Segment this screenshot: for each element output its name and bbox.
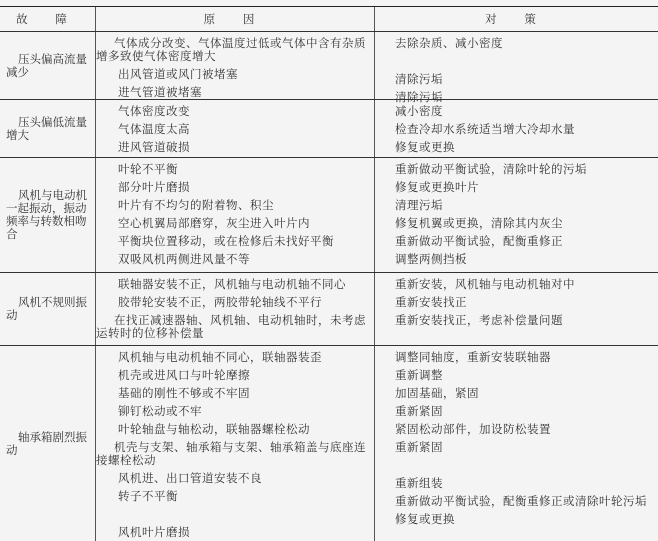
remedy-item: 修复机翼或更换，清除其内灰尘 (375, 214, 658, 232)
remedy-item: 重新紧固 (375, 438, 658, 474)
fault-label: 风机不规则振动 (0, 273, 96, 345)
cause-item: 叶轮轴盘与轴松动，联轴器螺栓松动 (96, 420, 374, 438)
cause-item: 在找正减速器轴、风机轴、电动机轴时，未考虑运转时的位移补偿量 (96, 311, 374, 342)
remedy-list: 去除杂质、减小密度 清除污垢 清除污垢 (375, 32, 658, 99)
remedy-item: 去除杂质、减小密度 (375, 34, 658, 70)
cause-item: 叶片有不均匀的附着物、积尘 (96, 196, 374, 214)
cause-list: 气体成分改变、气体温度过低或气体中含有杂质增多致使气体密度增大 出风管道或风门被… (96, 32, 375, 99)
remedy-item: 重新做动平衡试验，配衡重修正 (375, 232, 658, 250)
remedy-item: 检查冷却水系统适当增大冷却水量 (375, 120, 658, 138)
remedy-item: 清除污垢 (375, 70, 658, 88)
cause-item: 胶带轮安装不正，两胶带轮轴线不平行 (96, 293, 374, 311)
fault-label: 轴承箱剧烈振动 (0, 346, 96, 541)
cause-item: 风机轴与电动机轴不同心，联轴器装歪 (96, 348, 374, 366)
fault-group: 压头偏低流量增大 气体密度改变 气体温度太高 进风管道破损 减小密度 检查冷却水… (0, 100, 658, 158)
cause-item: 联轴器安装不正，风机轴与电动机轴不同心 (96, 275, 374, 293)
header-fault: 故 障 (0, 7, 96, 31)
remedy-list: 减小密度 检查冷却水系统适当增大冷却水量 修复或更换 (375, 100, 658, 157)
cause-item: 双吸风机两侧进风量不等 (96, 250, 374, 268)
fault-label: 压头偏低流量增大 (0, 100, 96, 157)
remedy-item: 加固基础，紧固 (375, 384, 658, 402)
fault-label: 风机与电动机一起振动，振动频率与转数相吻合 (0, 158, 96, 272)
remedy-list: 重新做动平衡试验，清除叶轮的污垢 修复或更换叶片 清理污垢 修复机翼或更换，清除… (375, 158, 658, 272)
remedy-item: 重新安装找正 (375, 293, 658, 311)
fault-label: 压头偏高流量减少 (0, 32, 96, 99)
remedy-item: 重新安装，风机轴与电动机轴对中 (375, 275, 658, 293)
cause-item: 平衡块位置移动，或在检修后未找好平衡 (96, 232, 374, 250)
remedy-item: 重新做动平衡试验，清除叶轮的污垢 (375, 160, 658, 178)
cause-item: 叶轮不平衡 (96, 160, 374, 178)
fault-group: 风机不规则振动 联轴器安装不正，风机轴与电动机轴不同心 胶带轮安装不正，两胶带轮… (0, 273, 658, 346)
remedy-item: 重新紧固 (375, 402, 658, 420)
remedy-item: 修复或更换叶片 (375, 178, 658, 196)
cause-item: 气体成分改变、气体温度过低或气体中含有杂质增多致使气体密度增大 (96, 34, 374, 65)
cause-item: 气体温度太高 (96, 120, 374, 138)
remedy-item: 修复或更换 (375, 138, 658, 156)
cause-item: 气体密度改变 (96, 102, 374, 120)
cause-item: 风机进、出口管道安装不良 (96, 469, 374, 487)
cause-item: 出风管道或风门被堵塞 (96, 65, 374, 83)
remedy-item: 重新组装 (375, 474, 658, 492)
remedy-item: 清理污垢 (375, 196, 658, 214)
cause-item: 风机叶片磨损 (96, 523, 374, 541)
cause-item: 进气管道被堵塞 (96, 83, 374, 101)
cause-item: 机壳或进风口与叶轮摩擦 (96, 366, 374, 384)
cause-list: 叶轮不平衡 部分叶片磨损 叶片有不均匀的附着物、积尘 空心机翼局部磨穿，灰尘进入… (96, 158, 375, 272)
remedy-item: 重新做动平衡试验，配衡重修正或清除叶轮污垢 (375, 492, 658, 510)
remedy-list: 重新安装，风机轴与电动机轴对中 重新安装找正 重新安装找正，考虑补偿量问题 (375, 273, 658, 345)
header-remedy: 对 策 (375, 7, 658, 31)
cause-list: 气体密度改变 气体温度太高 进风管道破损 (96, 100, 375, 157)
fault-group: 风机与电动机一起振动，振动频率与转数相吻合 叶轮不平衡 部分叶片磨损 叶片有不均… (0, 158, 658, 273)
remedy-item: 调整两侧挡板 (375, 250, 658, 268)
remedy-item: 调整同轴度，重新安装联轴器 (375, 348, 658, 366)
remedy-item: 重新调整 (375, 366, 658, 384)
fault-group: 轴承箱剧烈振动 风机轴与电动机轴不同心，联轴器装歪 机壳或进风口与叶轮摩擦 基础… (0, 346, 658, 541)
cause-item: 机壳与支架、轴承箱与支架、轴承箱盖与底座连接螺栓松动 (96, 438, 374, 469)
fault-group: 压头偏高流量减少 气体成分改变、气体温度过低或气体中含有杂质增多致使气体密度增大… (0, 32, 658, 100)
remedy-item: 重新安装找正，考虑补偿量问题 (375, 311, 658, 329)
cause-item: 转子不平衡 (96, 487, 374, 523)
cause-list: 风机轴与电动机轴不同心，联轴器装歪 机壳或进风口与叶轮摩擦 基础的刚性不够或不牢… (96, 346, 375, 541)
fault-table: 故 障 原 因 对 策 压头偏高流量减少 气体成分改变、气体温度过低或气体中含有… (0, 6, 658, 541)
cause-list: 联轴器安装不正，风机轴与电动机轴不同心 胶带轮安装不正，两胶带轮轴线不平行 在找… (96, 273, 375, 345)
cause-item: 基础的刚性不够或不牢固 (96, 384, 374, 402)
remedy-list: 调整同轴度，重新安装联轴器 重新调整 加固基础，紧固 重新紧固 紧固松动部件，加… (375, 346, 658, 541)
remedy-item: 减小密度 (375, 102, 658, 120)
cause-item: 空心机翼局部磨穿，灰尘进入叶片内 (96, 214, 374, 232)
cause-item: 铆钉松动或不牢 (96, 402, 374, 420)
cause-item: 部分叶片磨损 (96, 178, 374, 196)
remedy-item: 紧固松动部件，加设防松装置 (375, 420, 658, 438)
remedy-item: 修复或更换 (375, 510, 658, 528)
cause-item: 进风管道破损 (96, 138, 374, 156)
table-header-row: 故 障 原 因 对 策 (0, 7, 658, 32)
header-cause: 原 因 (96, 7, 375, 31)
